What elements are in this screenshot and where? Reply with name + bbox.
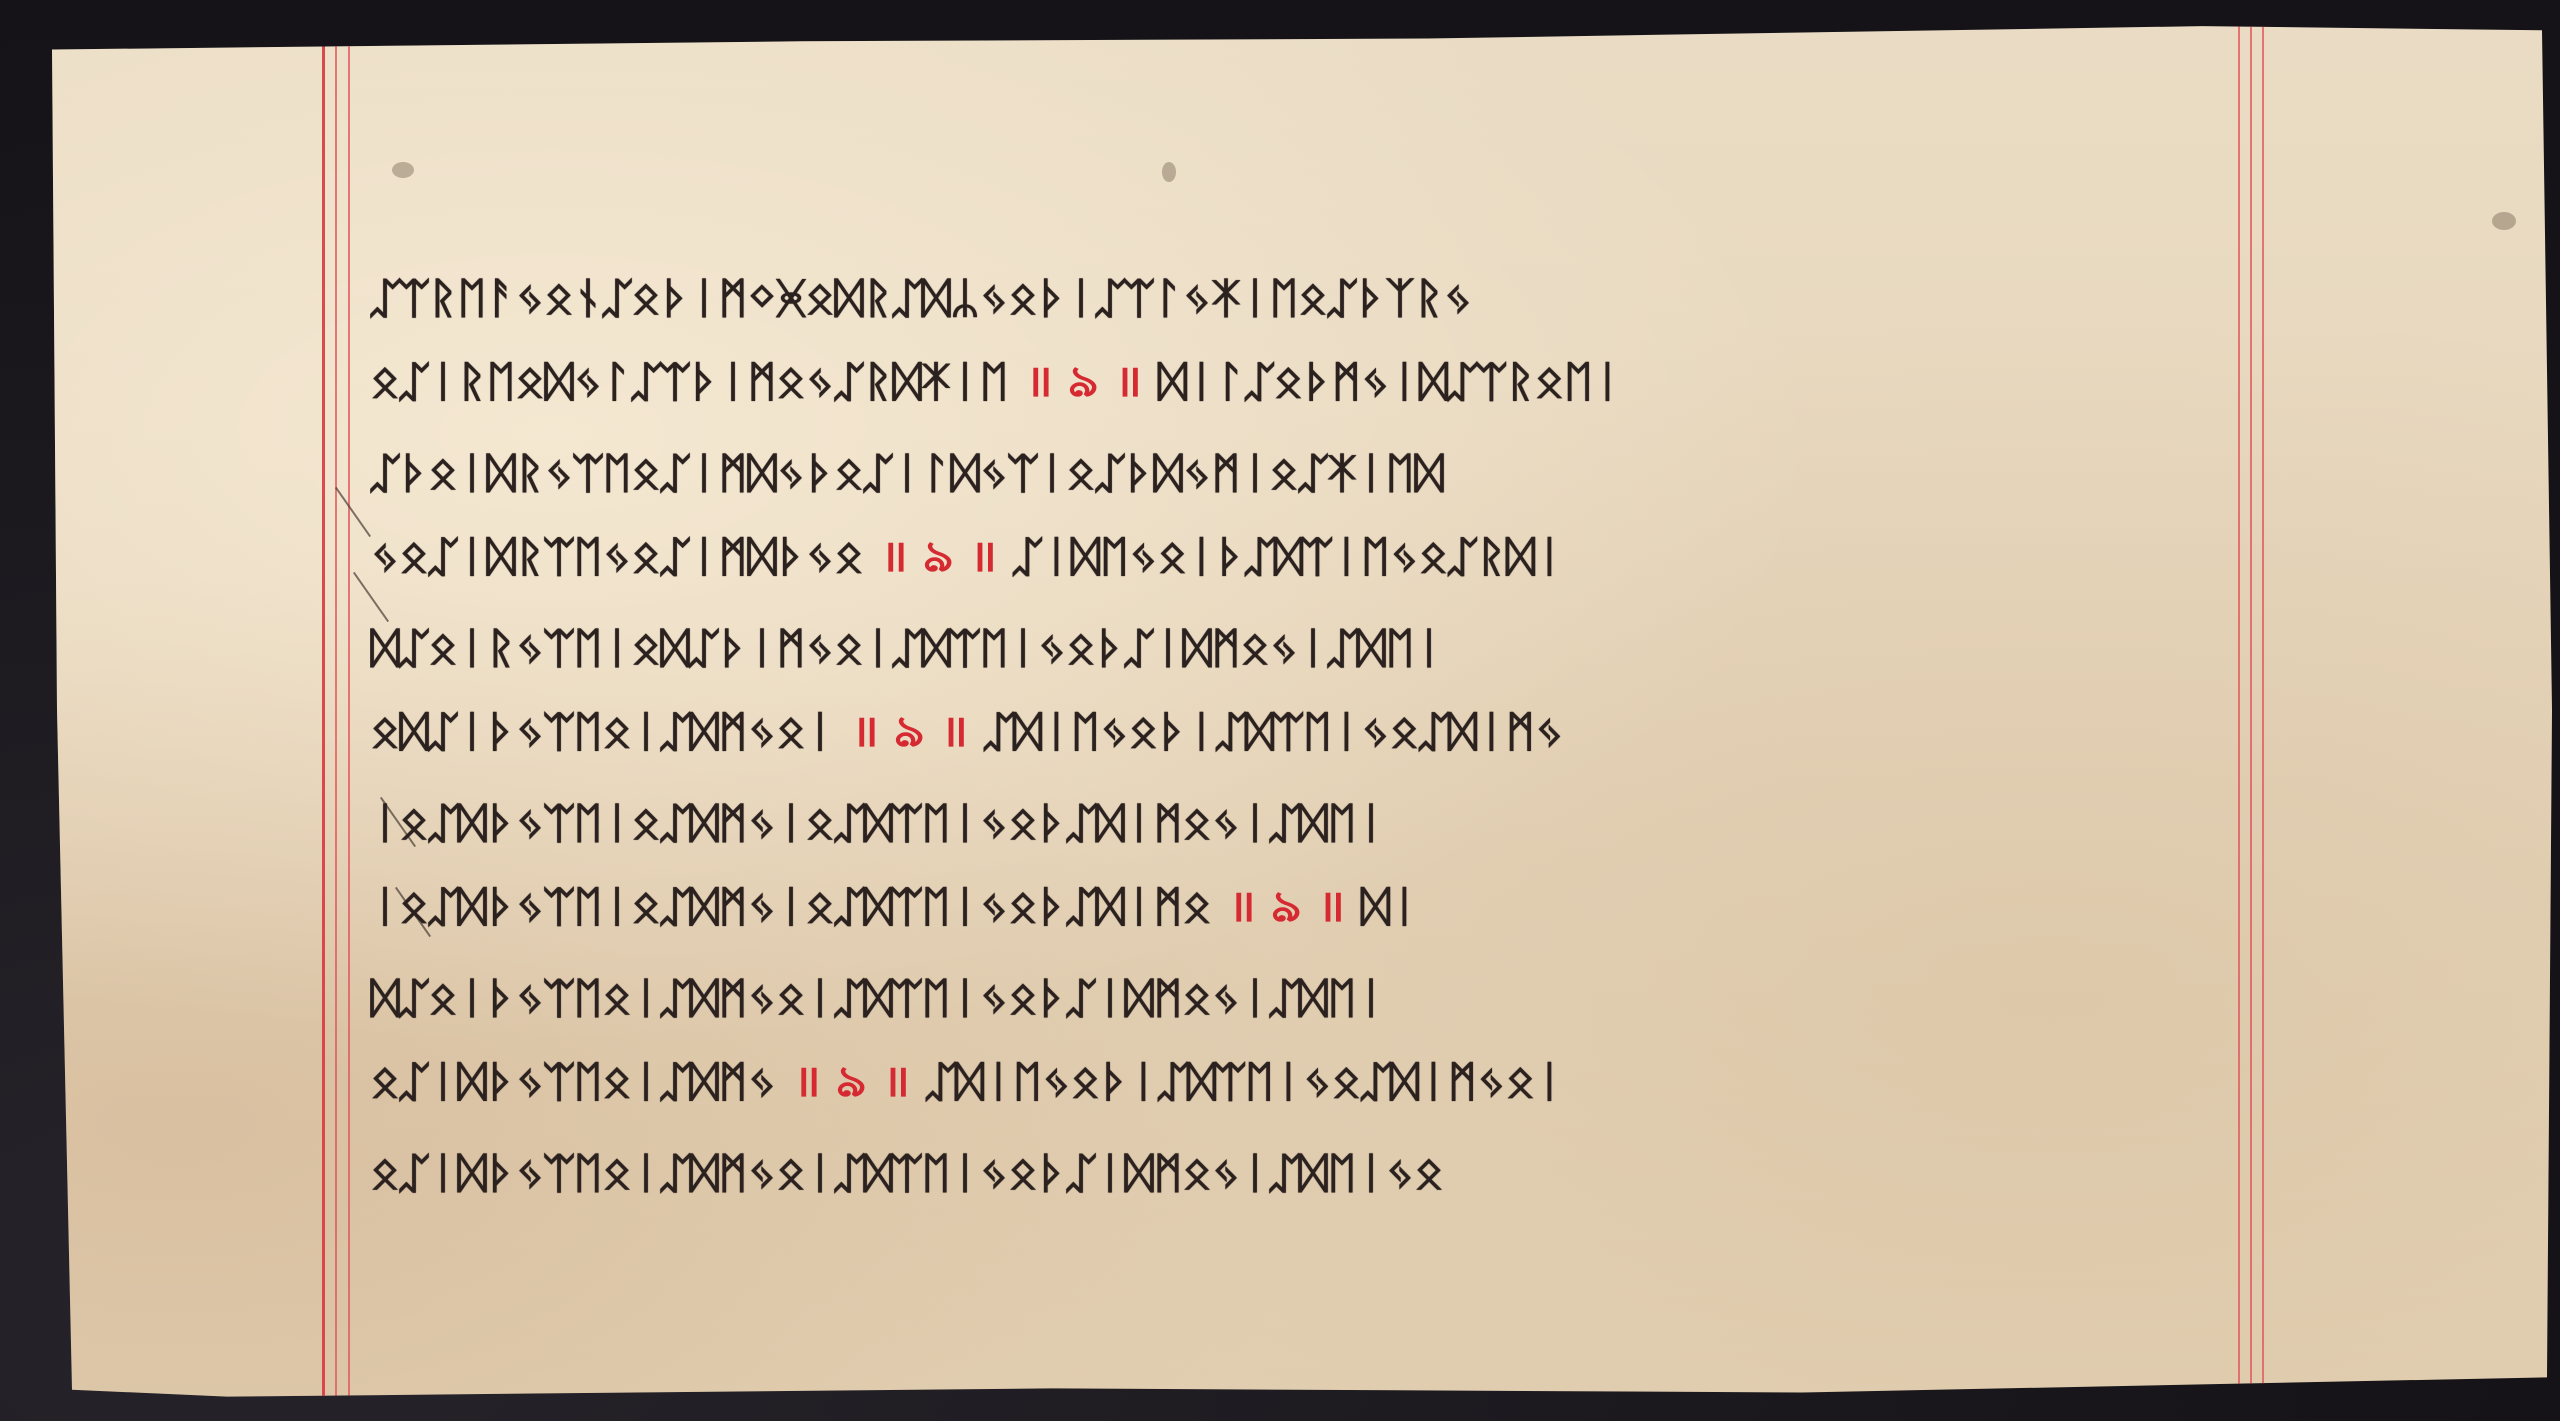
rubric-mark: ॥ ঌ ॥ (1227, 882, 1344, 931)
stain (392, 162, 414, 178)
text-line: ᛁᛟᛢᛞᚦᛃᛠᛖᛁᛟᛢᛞᛗᛃᛁᛟᛢᛞᛠᛖᛁᛃᛟᚦᛢᛞᛁᛗᛟ ॥ ঌ ॥ ᛞᛁ (370, 867, 2250, 955)
text-line: ᛟᛢᛁᚱᛖᛟᛞᛃᛚᛢᛠᚦᛁᛗᛟᛃᛢᚱᛞᛡᛁᛖ ॥ ঌ ॥ ᛞᛁᛚᛢᛟᚦᛗᛃᛁᛞᛢ… (370, 342, 2250, 430)
text-block: ᛢᛠᚱᛖᚨᛃᛟᚾᛢᛟᚦᛁᛗᛜᚸᛟᛞᚱᛢᛞᛦᛃᛟᚦᛁᛢᛠᛚᛃᛡᛁᛖᛟᛢᚦᛉᚱᛃ ᛟ… (370, 254, 2250, 1217)
text-line: ᛞᛢᛟᛁᚦᛃᛠᛖᛟᛁᛢᛞᛗᛃᛟᛁᛢᛞᛠᛖᛁᛃᛟᚦᛢᛁᛞᛗᛟᛃᛁᛢᛞᛖᛁ (370, 954, 2250, 1042)
text-line: ᛟᛢᛁᛞᚦᛃᛠᛖᛟᛁᛢᛞᛗᛃ ॥ ঌ ॥ ᛢᛞᛁᛖᛃᛟᚦᛁᛢᛞᛠᛖᛁᛃᛟᛢᛞᛁᛗ… (370, 1042, 2250, 1130)
left-margin-rule (322, 22, 325, 1398)
rubric-mark: ॥ ঌ ॥ (850, 707, 967, 756)
left-margin-rule (335, 22, 337, 1398)
text-line: ᛞᛢᛟᛁᚱᛃᛠᛖᛁᛟᛞᛢᚦᛁᛗᛃᛟᛁᛢᛞᛠᛖᛁᛃᛟᚦᛢᛁᛞᛗᛟᛃᛁᛢᛞᛖᛁ (370, 604, 2250, 692)
stain (2492, 212, 2516, 230)
rubric-mark: ॥ ঌ ॥ (879, 532, 996, 581)
text-line: ᛟᛞᛢᛁᚦᛃᛠᛖᛟᛁᛢᛞᛗᛃᛟᛁ ॥ ঌ ॥ ᛢᛞᛁᛖᛃᛟᚦᛁᛢᛞᛠᛖᛁᛃᛟᛢᛞ… (370, 692, 2250, 780)
rubric-mark: ॥ ঌ ॥ (792, 1057, 909, 1106)
rubric-mark: ॥ ঌ ॥ (1024, 357, 1141, 406)
right-margin-rule (2250, 22, 2252, 1398)
left-margin-rule (348, 22, 350, 1398)
right-margin-rule (2262, 22, 2264, 1398)
text-line: ᛁᛟᛢᛞᚦᛃᛠᛖᛁᛟᛢᛞᛗᛃᛁᛟᛢᛞᛠᛖᛁᛃᛟᚦᛢᛞᛁᛗᛟᛃᛁᛢᛞᛖᛁ (370, 779, 2250, 867)
margin-mark (335, 487, 371, 537)
text-line: ᛟᛢᛁᛞᚦᛃᛠᛖᛟᛁᛢᛞᛗᛃᛟᛁᛢᛞᛠᛖᛁᛃᛟᚦᛢᛁᛞᛗᛟᛃᛁᛢᛞᛖᛁᛃᛟ (370, 1129, 2250, 1217)
stain (1162, 162, 1176, 182)
text-line: ᛢᛠᚱᛖᚨᛃᛟᚾᛢᛟᚦᛁᛗᛜᚸᛟᛞᚱᛢᛞᛦᛃᛟᚦᛁᛢᛠᛚᛃᛡᛁᛖᛟᛢᚦᛉᚱᛃ (370, 254, 2250, 342)
manuscript-folio: ᛢᛠᚱᛖᚨᛃᛟᚾᛢᛟᚦᛁᛗᛜᚸᛟᛞᚱᛢᛞᛦᛃᛟᚦᛁᛢᛠᛚᛃᛡᛁᛖᛟᛢᚦᛉᚱᛃ ᛟ… (52, 22, 2552, 1398)
text-line: ᛢᚦᛟᛁᛞᚱᛃᛠᛖᛟᛢᛁᛗᛞᛃᚦᛟᛢᛁᛚᛞᛃᛠᛁᛟᛢᚦᛞᛃᛗᛁᛟᛢᛡᛁᛖᛞ (370, 429, 2250, 517)
text-line: ᛃᛟᛢᛁᛞᚱᛠᛖᛃᛟᛢᛁᛗᛞᚦᛃᛟ ॥ ঌ ॥ ᛢᛁᛞᛖᛃᛟᛁᚦᛢᛞᛠᛁᛖᛃᛟᛢ… (370, 517, 2250, 605)
